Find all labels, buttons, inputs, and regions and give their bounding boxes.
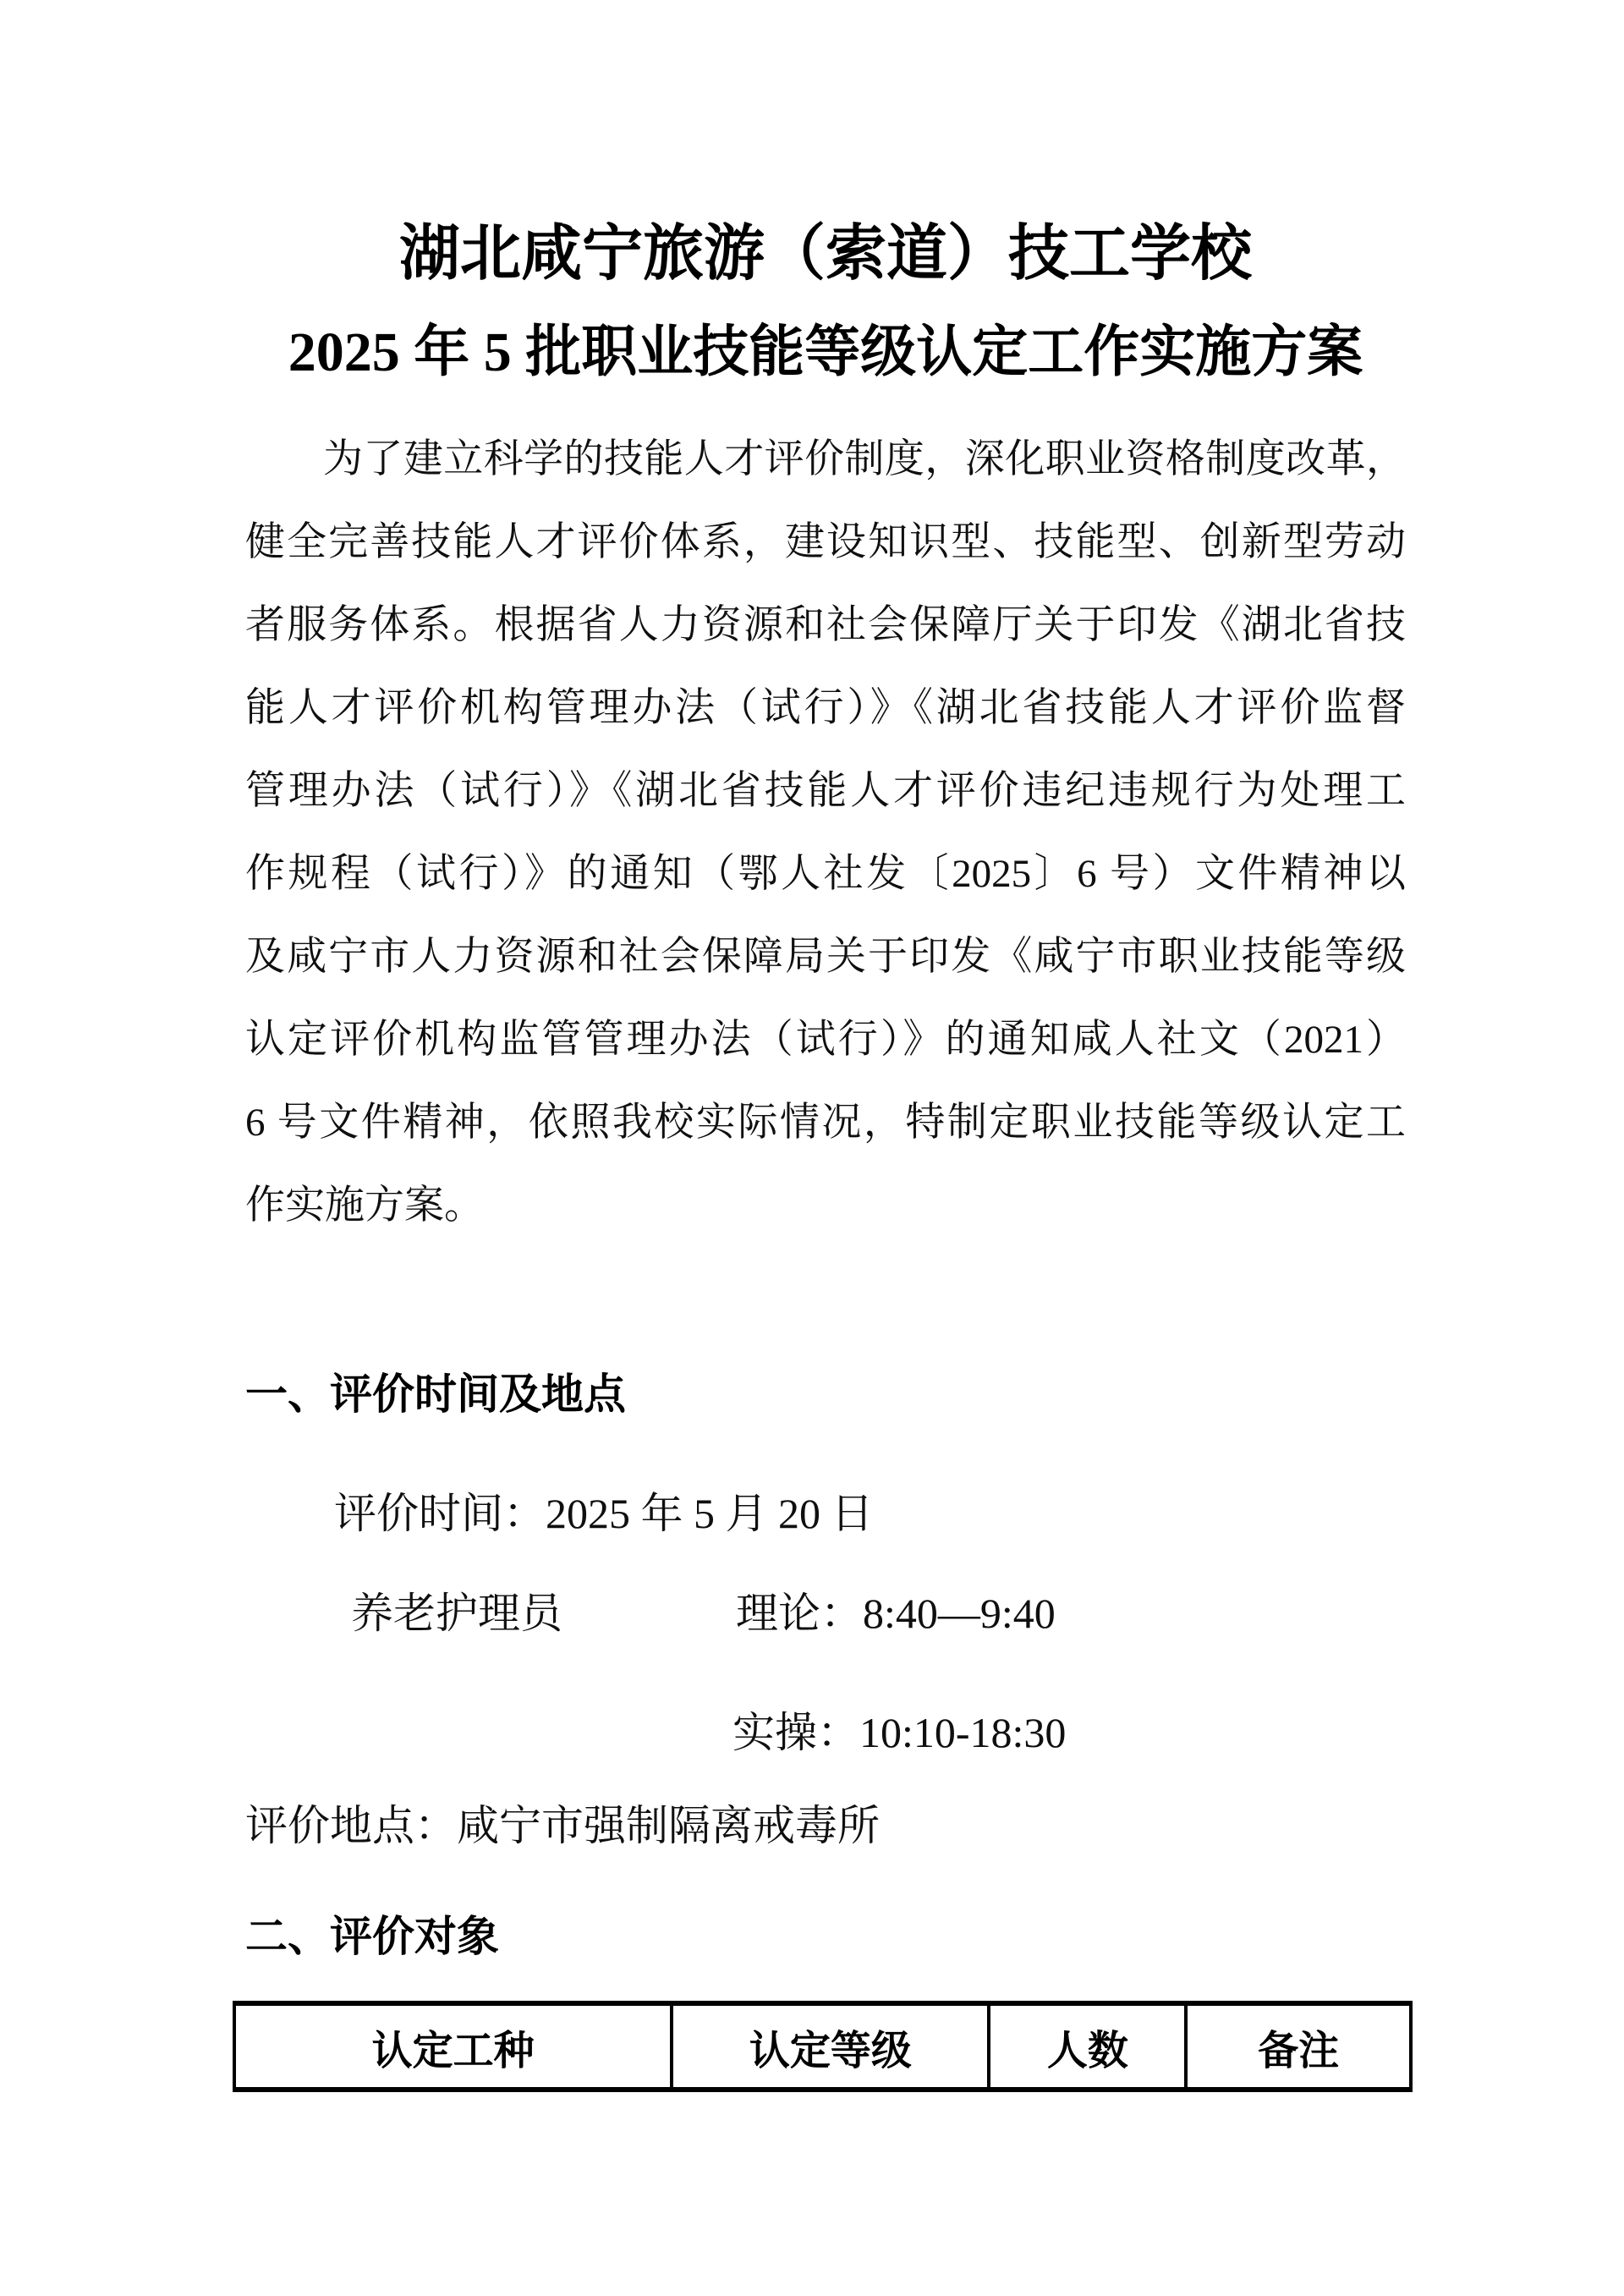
document-title-line1: 湖北咸宁旅游（索道）技工学校 bbox=[245, 211, 1406, 296]
paragraph-line: 管理办法（试行）》《湖北省技能人才评价违纪违规行为处理工 bbox=[245, 750, 1406, 832]
occupation-name: 养老护理员 bbox=[351, 1572, 562, 1655]
table-header-occupation: 认定工种 bbox=[234, 2003, 672, 2090]
page-content: 湖北咸宁旅游（索道）技工学校 2025 年 5 批职业技能等级认定工作实施方案 … bbox=[0, 0, 1624, 2092]
table-header-level: 认定等级 bbox=[672, 2003, 989, 2090]
paragraph-line: 者服务体系。根据省人力资源和社会保障厅关于印发《湖北省技 bbox=[245, 584, 1406, 667]
practice-row: 实操：10:10-18:30 bbox=[245, 1691, 1406, 1774]
intro-paragraph: 为了建立科学的技能人才评价制度，深化职业资格制度改革， 健全完善技能人才评价体系… bbox=[245, 418, 1406, 1247]
practice-exam-time: 实操：10:10-18:30 bbox=[732, 1691, 1066, 1774]
section2-heading: 二、评价对象 bbox=[245, 1895, 1406, 1978]
paragraph-line: 能人才评价机构管理办法（试行）》《湖北省技能人才评价监督 bbox=[245, 667, 1406, 750]
paragraph-line: 作规程（试行）》的通知（鄂人社发〔2025〕6 号）文件精神以 bbox=[245, 832, 1406, 915]
theory-exam-time: 理论：8:40—9:40 bbox=[736, 1572, 1056, 1655]
occupation-row: 养老护理员 理论：8:40—9:40 bbox=[245, 1572, 1406, 1655]
paragraph-line: 及咸宁市人力资源和社会保障局关于印发《咸宁市职业技能等级 bbox=[245, 915, 1406, 998]
document-page: 湖北咸宁旅游（索道）技工学校 2025 年 5 批职业技能等级认定工作实施方案 … bbox=[0, 0, 1624, 2296]
paragraph-line: 健全完善技能人才评价体系，建设知识型、技能型、创新型劳动 bbox=[245, 501, 1406, 584]
table-header-remark: 备注 bbox=[1186, 2003, 1411, 2090]
evaluation-targets-table: 认定工种 认定等级 人数 备注 bbox=[233, 2001, 1413, 2092]
section1-heading: 一、评价时间及地点 bbox=[245, 1353, 1406, 1436]
document-title-line2: 2025 年 5 批职业技能等级认定工作实施方案 bbox=[245, 310, 1406, 395]
evaluation-location: 评价地点：咸宁市强制隔离戒毒所 bbox=[245, 1784, 1406, 1867]
table-header-row: 认定工种 认定等级 人数 备注 bbox=[234, 2003, 1411, 2090]
paragraph-line: 为了建立科学的技能人才评价制度，深化职业资格制度改革， bbox=[245, 418, 1406, 501]
paragraph-line: 作实施方案。 bbox=[245, 1164, 1406, 1247]
paragraph-line: 认定评价机构监管管理办法（试行）》的通知咸人社文（2021） bbox=[245, 998, 1406, 1081]
evaluation-time: 评价时间：2025 年 5 月 20 日 bbox=[245, 1472, 1406, 1555]
paragraph-line: 6 号文件精神，依照我校实际情况，特制定职业技能等级认定工 bbox=[245, 1081, 1406, 1164]
table-header-count: 人数 bbox=[989, 2003, 1186, 2090]
